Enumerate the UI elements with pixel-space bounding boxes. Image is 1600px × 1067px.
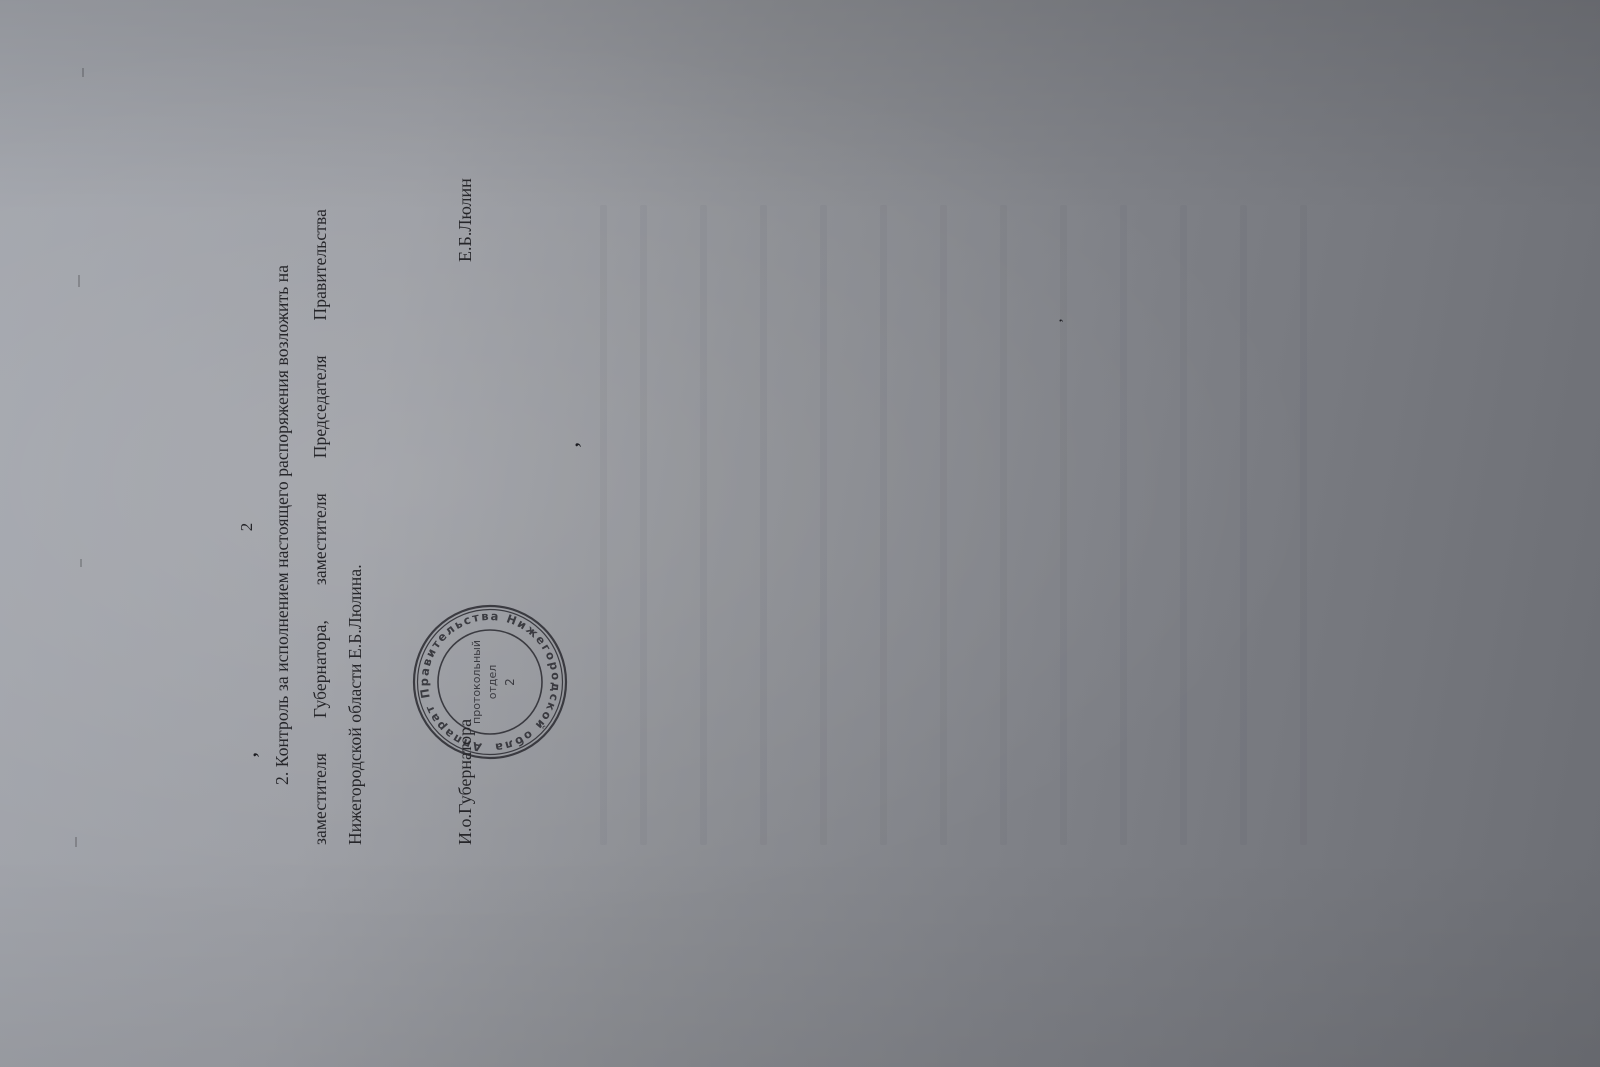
document-page: 2 2. Контроль за исполнением настоящего …: [0, 0, 1600, 1067]
speck: [78, 275, 80, 287]
word: заместителя: [310, 753, 331, 845]
word: Губернатора,: [310, 620, 331, 718]
word: Правительства: [310, 209, 331, 320]
bleed-through-line: [1300, 205, 1307, 845]
paragraph-line-1: 2. Контроль за исполнением настоящего ра…: [272, 209, 293, 845]
speck: [80, 559, 82, 567]
handwritten-mark: ,: [1050, 319, 1065, 322]
bleed-through-line: [1180, 205, 1187, 845]
official-seal-icon: Аппарат Правительства Нижегородской обла…: [410, 602, 570, 762]
bleed-through-line: [880, 205, 887, 845]
handwritten-mark: ,: [240, 753, 261, 758]
bleed-through-line: [600, 205, 607, 845]
bleed-through-line: [940, 205, 947, 845]
bleed-through-line: [1240, 205, 1247, 845]
page-number: 2: [237, 507, 257, 547]
speck: [75, 837, 77, 847]
svg-text:отдел: отдел: [486, 665, 499, 700]
signer-title: И.о.Губернатора: [455, 719, 476, 845]
word: заместителя: [310, 493, 331, 585]
bleed-through-line: [1120, 205, 1127, 845]
bleed-through-line: [760, 205, 767, 845]
handwritten-mark: ,: [562, 443, 583, 448]
bleed-through-line: [820, 205, 827, 845]
bleed-through-line: [1060, 205, 1067, 845]
bleed-through-line: [1000, 205, 1007, 845]
svg-text:2: 2: [503, 678, 517, 686]
paragraph-line-3: Нижегородской области Е.Б.Люлина.: [345, 209, 366, 845]
bleed-through-line: [640, 205, 647, 845]
svg-text:протокольный: протокольный: [470, 640, 483, 724]
paragraph-line-2: заместителя Губернатора, заместителя Пре…: [310, 209, 331, 845]
speck: [82, 68, 84, 77]
bleed-through-line: [700, 205, 707, 845]
signer-name: Е.Б.Люлин: [455, 178, 476, 262]
word: Председателя: [310, 355, 331, 458]
